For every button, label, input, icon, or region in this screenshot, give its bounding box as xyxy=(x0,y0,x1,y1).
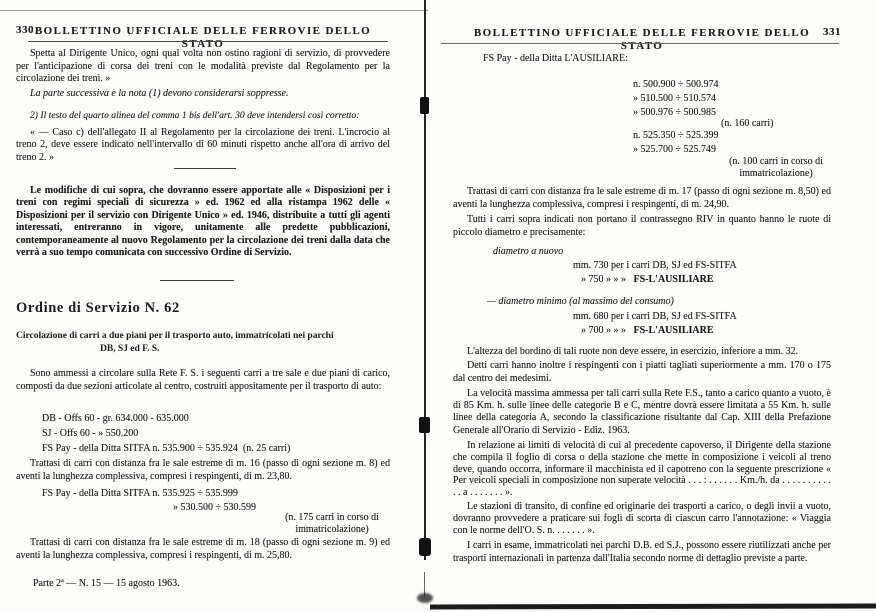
running-title-right: BOLLETTINO UFFICIALE DELLE FERROVIE DELL… xyxy=(453,27,831,52)
running-title-left: BOLLETTINO UFFICIALE DELLE FERROVIE DELL… xyxy=(16,25,390,50)
scan-smudge xyxy=(417,593,433,603)
scan-edge-line xyxy=(0,10,428,11)
wagon-list-item-db: DB - Offs 60 - gr. 634.000 - 635.000 xyxy=(42,411,290,426)
note-line-2: immatricolazione) xyxy=(256,524,408,536)
service-order-heading: Ordine di Servizio N. 62 xyxy=(16,300,180,317)
firm-name: FS-L'AUSILIARE xyxy=(634,274,714,285)
paragraph-fs-pay-ausiliare: FS Pay - della Ditta L'AUSILIARE: xyxy=(483,53,628,66)
paragraph-sono-ammessi: Sono ammessi a circolare sulla Rete F. S… xyxy=(16,368,390,393)
wagon-fs-range: FS Pay - della Ditta SITFA n. 535.900 ÷ … xyxy=(42,443,238,454)
service-order-subject-line2: DB, SJ ed F. S. xyxy=(100,343,159,354)
wagon-list-item-fs: FS Pay - della Ditta SITFA n. 535.900 ÷ … xyxy=(42,441,290,456)
binding-staple-top xyxy=(420,97,429,114)
paragraph-tutti-i-carri: Tutti i carri sopra indicati non portano… xyxy=(453,214,831,239)
paragraph-caso-c: « — Caso c) dell'allegato II al Regolame… xyxy=(16,127,390,164)
fs-pay-sitfa-range-2: » 530.500 ÷ 530.599 xyxy=(173,502,256,515)
diameter-min-row-ausiliare: » 700 » » » FS-L'AUSILIARE xyxy=(581,325,714,338)
note-line-2: immatricolazione) xyxy=(711,168,841,180)
paragraph-detti-carri: Detti carri hanno inoltre i respingenti … xyxy=(453,360,831,385)
number-range-group-b: n. 525.350 ÷ 525.399 » 525.700 ÷ 525.749 xyxy=(633,129,719,157)
firm-name: FS-L'AUSILIARE xyxy=(634,325,714,336)
fs-pay-sitfa-note: (n. 175 carri in corso di immatricolazio… xyxy=(256,512,408,535)
fs-pay-sitfa-range-1: FS Pay - della Ditta SITFA n. 535.925 ÷ … xyxy=(42,488,238,501)
paragraph-altezza-bordino: L'altezza del bordino di tali ruote non … xyxy=(453,346,831,359)
note-carri-160: (n. 160 carri) xyxy=(721,118,773,131)
paragraph-modifiche: Le modifiche di cui sopra, che dovranno … xyxy=(16,185,390,259)
paragraph-parte-soppressa: La parte successiva e la nota (1) devono… xyxy=(16,88,390,101)
binding-staple-middle xyxy=(419,417,430,433)
diameter-min-label: — diametro minimo (al massimo del consum… xyxy=(487,296,674,309)
note-line-1: (n. 100 carri in corso di xyxy=(711,156,841,168)
section-divider xyxy=(160,280,234,281)
section-divider xyxy=(174,168,236,169)
page-331: BOLLETTINO UFFICIALE DELLE FERROVIE DELL… xyxy=(453,0,831,612)
page-330: 330 BOLLETTINO UFFICIALE DELLE FERROVIE … xyxy=(16,0,390,612)
diameter-min-row-sitfa: mm. 680 per i carri DB, SJ ed FS-SITFA xyxy=(573,311,737,324)
paragraph-trattasi-m18: Trattasi di carri con distanza fra le sa… xyxy=(16,537,390,562)
diameter-new-row-sitfa: mm. 730 per i carri DB, SJ ed FS-SITFA xyxy=(573,260,737,273)
paragraph-carri-in-esame: I carri in esame, immatricolati nei parc… xyxy=(453,540,831,565)
diameter-value: » 700 » » » xyxy=(581,325,626,336)
wagon-list: DB - Offs 60 - gr. 634.000 - 635.000 SJ … xyxy=(42,411,290,456)
paragraph-trattasi-m16: Trattasi di carri con distanza fra le sa… xyxy=(16,458,390,483)
wagon-fs-count: (n. 25 carri) xyxy=(243,443,290,454)
paragraph-testo-corretto: 2) Il testo del quarto alinea del comma … xyxy=(16,110,390,123)
diameter-value: » 750 » » » xyxy=(581,274,626,285)
number-range: n. 525.350 ÷ 525.399 xyxy=(633,129,719,143)
note-line-1: (n. 175 carri in corso di xyxy=(256,512,408,524)
header-rule-left xyxy=(28,41,388,42)
page-footer-imprint: Parte 2ª — N. 15 — 15 agosto 1963. xyxy=(33,578,180,591)
number-range-group-a: n. 500.900 ÷ 500.974 » 510.500 ÷ 510.574… xyxy=(633,78,719,119)
diameter-new-row-ausiliare: » 750 » » » FS-L'AUSILIARE xyxy=(581,274,714,287)
scan-bottom-edge-band xyxy=(430,604,876,610)
paragraph-in-relazione: In relazione ai limiti di velocità di cu… xyxy=(453,440,831,499)
paragraph-trattasi-m17: Trattasi di carri con distanza fra le sa… xyxy=(453,186,831,211)
service-order-subject-line1: Circolazione di carri a due piani per il… xyxy=(16,330,334,341)
diameter-new-label: diametro a nuovo xyxy=(493,246,563,259)
number-range: » 500.976 ÷ 500.985 xyxy=(633,106,719,120)
note-carri-100: (n. 100 carri in corso di immatricolazio… xyxy=(711,156,841,180)
scanned-bulletin-spread: 330 BOLLETTINO UFFICIALE DELLE FERROVIE … xyxy=(0,0,876,612)
header-rule-right xyxy=(441,43,839,44)
paragraph-spetta: Spetta al Dirigente Unico, ogni qual vol… xyxy=(16,48,390,86)
number-range: n. 500.900 ÷ 500.974 xyxy=(633,78,719,92)
number-range: » 525.700 ÷ 525.749 xyxy=(633,143,719,157)
page-number-right: 331 xyxy=(823,26,841,39)
number-range: » 510.500 ÷ 510.574 xyxy=(633,92,719,106)
binding-crease-line xyxy=(424,0,426,560)
binding-staple-bottom xyxy=(419,538,431,556)
paragraph-velocita-massima: La velocità massima ammessa per tali car… xyxy=(453,388,831,437)
paragraph-stazioni-transito: Le stazioni di transito, di confine ed o… xyxy=(453,501,831,537)
wagon-list-item-sj: SJ - Offs 60 - » 550.200 xyxy=(42,426,290,441)
